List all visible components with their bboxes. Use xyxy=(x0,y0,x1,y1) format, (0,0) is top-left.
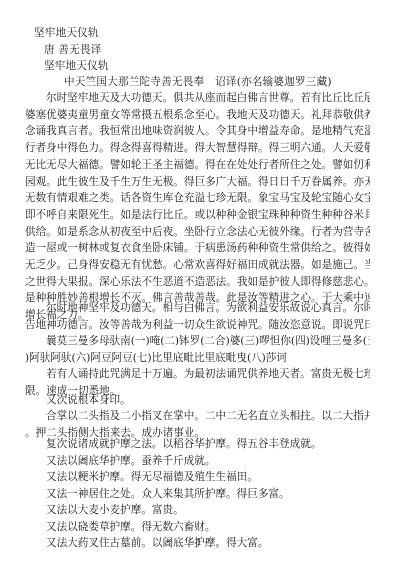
text-line: 尔时坚牢地天及大功德天。俱共从座而起白佛言世尊。若有比丘比丘尼优 xyxy=(25,90,370,107)
text-line: 又次说根本身印。 xyxy=(25,392,370,409)
paragraph-1: 尔时坚牢地天及大功德天。俱共从座而起白佛言世尊。若有比丘比丘尼优 婆塞优婆夷童男… xyxy=(25,90,370,324)
text-line: 之世得大果报。深心乐法不生恶道不造恶法。我如是护彼人即得修慈悲心。如 xyxy=(25,274,370,291)
text-line: 即不呼自来限死生。如是法行比丘。或以种种金银宝珠种种资生种种谷米具足 xyxy=(25,207,370,224)
mantra: 曩莫三曼多母驮南(一)唵(二)钵罗(二合)婆(三)啰怛你(四)设哩三曼多(五 )… xyxy=(25,333,370,366)
text-line: 婆塞优婆夷童男童女等常摄五根系念至心。我地天及功德天。礼拜恭敬供养及 xyxy=(25,107,370,124)
attribution-line: 中天竺国大那兰陀寺善无畏奉 诏译(亦名输婆迦罗三藏) xyxy=(64,75,332,90)
ritual-item: 复次说诸成就护摩之法。以稻谷华护摩。得五谷丰登成就。 xyxy=(46,436,321,453)
text-line: 无数有情艰难之类。话各资生库仓充溢七珍无限。象宝马宝及轮宝随心女宝。 xyxy=(25,190,370,207)
subtitle: 坚牢地天仪轨 xyxy=(44,59,109,74)
text-line: 若有人诵持此咒满足十万遍。为最初法诵咒供养地天者。富贵无极七珍无 xyxy=(25,366,370,383)
text-line: 曩莫三曼多母驮南(一)唵(二)钵罗(二合)婆(三)啰怛你(四)设哩三曼多(五 xyxy=(25,333,370,350)
ritual-item: 又法以阇底华护摩。蚕养千斤成就。 xyxy=(46,453,321,470)
text-line: 尔时地神坚牢及功德天。相与白佛言。为欲利益安乐故说心真言。尔时佛 xyxy=(25,300,370,317)
ritual-item: 又法以粳米护摩。得无尽福德及殖生生福田。 xyxy=(46,469,321,486)
text-line: 无比无尽大福德。譬如轮王圣主福德。得在在处处行者所住之处。譬如忉利天 xyxy=(25,157,370,174)
text-line: 合掌以二头指及二小指叉在掌中。二中二无名直立头相拄。以二大指并立 xyxy=(25,408,370,425)
ritual-list: 复次说诸成就护摩之法。以稻谷华护摩。得五谷丰登成就。 又法以阇底华护摩。蚕养千斤… xyxy=(46,436,321,552)
text-line: 供给。如是系念从初夜至中后夜。坐卧行立念法心无彼外缘。行者为营寺舍或 xyxy=(25,224,370,241)
text-line: 念诵我真言者。我恒常出地味资润彼人。令其身中增益寿命。是地精气充溢。 xyxy=(25,123,370,140)
page-number: - 1 - xyxy=(0,538,398,548)
document-title: 坚牢地天仪轨 xyxy=(34,26,99,41)
paragraph-2: 尔时地神坚牢及功德天。相与白佛言。为欲利益安乐故说心真言。尔时佛 告地神功德言。… xyxy=(25,300,370,333)
ritual-item: 又法一神居住之处。众人来集其所护摩。得巨多富。 xyxy=(46,486,321,503)
text-line: 告地神功德言。汝等善哉为利益一切众生欲说神咒。随汝恣意说。即说咒曰。 xyxy=(25,317,370,334)
ritual-item: 又法以大麦小麦护摩。富贵。 xyxy=(46,502,321,519)
text-line: )阿驮阿驮(六)阿豆阿豆(七)比里底毗比里底毗曳(八)莎诃 xyxy=(25,350,370,367)
text-line: 园观。此生彼生及千生万生无极。得巨多广大福。得日日千万眷属养。亦无量 xyxy=(25,174,370,191)
paragraph-4: 又次说根本身印。 xyxy=(25,392,370,409)
text-line: 造一屋或一树林或复衣食坐卧床铺。于病患汤药种种资生常供给之。彼得如是 xyxy=(25,240,370,257)
ritual-item: 又法以硗娄草护摩。得无数六畜财。 xyxy=(46,519,321,536)
text-line: 行者身中得色力。得念得喜得精进。得大智慧得辩。得三明六通。人天爱敬得 xyxy=(25,140,370,157)
document-page: 坚牢地天仪轨 唐 善无畏译 坚牢地天仪轨 中天竺国大那兰陀寺善无畏奉 诏译(亦名… xyxy=(0,0,398,563)
translator-line: 唐 善无畏译 xyxy=(44,43,102,58)
text-line: 无乏少。己身得安稳无有忧愁。心常欢喜得好福田成就法器。如是施己。当来 xyxy=(25,257,370,274)
